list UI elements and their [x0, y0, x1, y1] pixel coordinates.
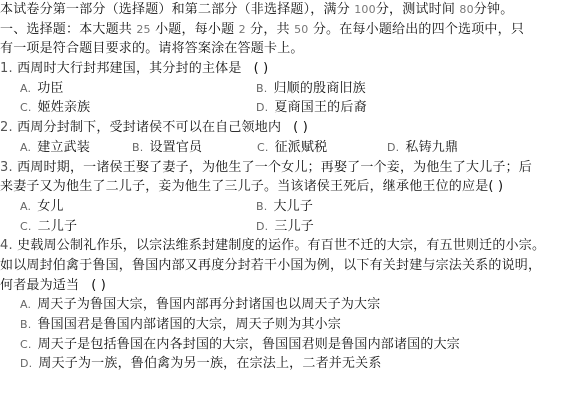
- option-d: D.三儿子: [256, 217, 314, 237]
- option-text: 设置官员: [149, 140, 202, 155]
- answer-blank: ( ): [293, 120, 308, 135]
- option-text: 征派赋税: [275, 140, 328, 155]
- intro-text: 有一项是符合题目要求的。请将答案涂在答题卡上。: [0, 41, 304, 56]
- option-text: 私铸九鼎: [405, 140, 458, 155]
- option-text: 建立武装: [37, 140, 90, 155]
- option-label: D.: [387, 141, 399, 154]
- question-text: 史载周公制礼作乐，以宗法维系封建制度的运作。有百世不迁的大宗，有五世则迁的小宗。: [17, 238, 545, 253]
- question-number: 2.: [0, 120, 13, 135]
- option-label: C.: [20, 101, 32, 114]
- option-b: B.大儿子: [256, 197, 313, 217]
- intro-text: 本试卷分第一部分（选择题）和第二部分（非选择题），满分: [0, 2, 354, 17]
- intro-line-2: 一、选择题：本大题共 25 小题，每小题 2 分，共 50 分。在每小题给出的四…: [0, 20, 567, 40]
- answer-blank: ( ): [488, 179, 503, 194]
- option-text: 归顺的殷商旧族: [273, 81, 365, 96]
- option-b: B.鲁国国君是鲁国内部诸国的大宗，周天子则为其小宗: [0, 315, 567, 335]
- question-4-stem-line-3: 何者最为适当( ): [0, 276, 567, 296]
- question-4-stem-line-2: 如以周封伯禽于鲁国，鲁国内部又再度分封若干小国为例，以下有关封建与宗法关系的说明…: [0, 256, 567, 276]
- question-text: 西周时大行封邦建国，其分封的主体是: [17, 61, 241, 76]
- option-d: D.夏商国王的后裔: [256, 98, 367, 118]
- answer-blank: ( ): [254, 61, 269, 76]
- option-text: 女儿: [37, 199, 63, 214]
- option-text: 大儿子: [273, 199, 313, 214]
- intro-text: 小题，每小题: [151, 22, 239, 37]
- intro-line-3: 有一项是符合题目要求的。请将答案涂在答题卡上。: [0, 39, 567, 59]
- option-c: C.征派赋税: [257, 138, 387, 158]
- question-text: 西周分封制下，受封诸侯不可以在自己领地内: [17, 120, 281, 135]
- question-1-options-row-1: A.功臣B.归顺的殷商旧族: [0, 79, 567, 99]
- intro-text: 分，共: [246, 22, 294, 37]
- question-number: 1.: [0, 61, 13, 76]
- question-2-options: A.建立武装B.设置官员C.征派赋税D.私铸九鼎: [0, 138, 567, 158]
- option-d: D.周天子为一族，鲁伯禽为另一族，在宗法上，二者并无关系: [0, 354, 567, 374]
- option-b: B.归顺的殷商旧族: [256, 79, 366, 99]
- question-3-options-row-1: A.女儿B.大儿子: [0, 197, 567, 217]
- option-label: A.: [20, 200, 31, 213]
- intro-text: 分，测试时间: [376, 2, 460, 17]
- option-text: 功臣: [37, 81, 63, 96]
- option-label: B.: [256, 82, 267, 95]
- option-label: C.: [20, 220, 32, 233]
- option-label: C.: [20, 338, 32, 351]
- points-each: 2: [239, 23, 246, 36]
- question-count: 25: [136, 23, 150, 36]
- question-3-options-row-2: C.二儿子D.三儿子: [0, 217, 567, 237]
- option-label: B.: [20, 318, 31, 331]
- question-text: 来妻子又为他生了二儿子，妾为他生了三儿子。当该诸侯王死后，继承他王位的应是: [0, 179, 488, 194]
- option-label: A.: [20, 141, 31, 154]
- option-a: A.女儿: [20, 197, 256, 217]
- option-label: D.: [20, 357, 32, 370]
- option-text: 鲁国国君是鲁国内部诸国的大宗，周天子则为其小宗: [37, 317, 341, 332]
- option-label: D.: [256, 101, 268, 114]
- option-a: A.建立武装: [20, 138, 132, 158]
- exam-document: 本试卷分第一部分（选择题）和第二部分（非选择题），满分 100分，测试时间 80…: [0, 0, 567, 374]
- question-text: 如以周封伯禽于鲁国，鲁国内部又再度分封若干小国为例，以下有关封建与宗法关系的说明…: [0, 258, 541, 273]
- question-number: 4.: [0, 238, 13, 253]
- option-a: A.功臣: [20, 79, 256, 99]
- option-text: 周天子为鲁国大宗，鲁国内部再分封诸国也以周天子为大宗: [37, 297, 380, 312]
- option-label: B.: [132, 141, 143, 154]
- option-label: A.: [20, 298, 31, 311]
- question-2-stem: 2. 西周分封制下，受封诸侯不可以在自己领地内( ): [0, 118, 567, 138]
- option-a: A.周天子为鲁国大宗，鲁国内部再分封诸国也以周天子为大宗: [0, 295, 567, 315]
- option-label: D.: [256, 220, 268, 233]
- intro-text: 分钟。: [474, 2, 514, 17]
- question-1-stem: 1. 西周时大行封邦建国，其分封的主体是( ): [0, 59, 567, 79]
- option-text: 姬姓亲族: [38, 100, 91, 115]
- question-text: 何者最为适当: [0, 278, 79, 293]
- question-number: 3.: [0, 160, 13, 175]
- option-c: C.周天子是包括鲁国在内各封国的大宗，鲁国国君则是鲁国内部诸国的大宗: [0, 335, 567, 355]
- option-text: 夏商国王的后裔: [274, 100, 366, 115]
- option-label: C.: [257, 141, 269, 154]
- option-text: 周天子为一族，鲁伯禽为另一族，在宗法上，二者并无关系: [38, 356, 381, 371]
- option-c: C.姬姓亲族: [20, 98, 256, 118]
- total-score: 100: [354, 3, 376, 16]
- question-3-stem-line-1: 3. 西周时期，一诸侯王娶了妻子，为他生了一个女儿；再娶了一个妾，为他生了大儿子…: [0, 158, 567, 178]
- option-b: B.设置官员: [132, 138, 257, 158]
- intro-text: 分。在每小题给出的四个选项中，只: [309, 22, 525, 37]
- section-heading: 一、选择题：本大题共: [0, 22, 136, 37]
- question-3-stem-line-2: 来妻子又为他生了二儿子，妾为他生了三儿子。当该诸侯王死后，继承他王位的应是( ): [0, 177, 567, 197]
- question-4-stem-line-1: 4. 史载周公制礼作乐，以宗法维系封建制度的运作。有百世不迁的大宗，有五世则迁的…: [0, 236, 567, 256]
- question-text: 西周时期，一诸侯王娶了妻子，为他生了一个女儿；再娶了一个妾，为他生了大儿子；后: [17, 160, 532, 175]
- test-time: 80: [459, 3, 473, 16]
- question-1-options-row-2: C.姬姓亲族D.夏商国王的后裔: [0, 98, 567, 118]
- option-label: B.: [256, 200, 267, 213]
- option-text: 二儿子: [38, 219, 78, 234]
- points-total: 50: [294, 23, 308, 36]
- option-label: A.: [20, 82, 31, 95]
- option-d: D.私铸九鼎: [387, 138, 458, 158]
- option-c: C.二儿子: [20, 217, 256, 237]
- answer-blank: ( ): [91, 278, 106, 293]
- option-text: 三儿子: [274, 219, 314, 234]
- intro-line-1: 本试卷分第一部分（选择题）和第二部分（非选择题），满分 100分，测试时间 80…: [0, 0, 567, 20]
- option-text: 周天子是包括鲁国在内各封国的大宗，鲁国国君则是鲁国内部诸国的大宗: [38, 337, 460, 352]
